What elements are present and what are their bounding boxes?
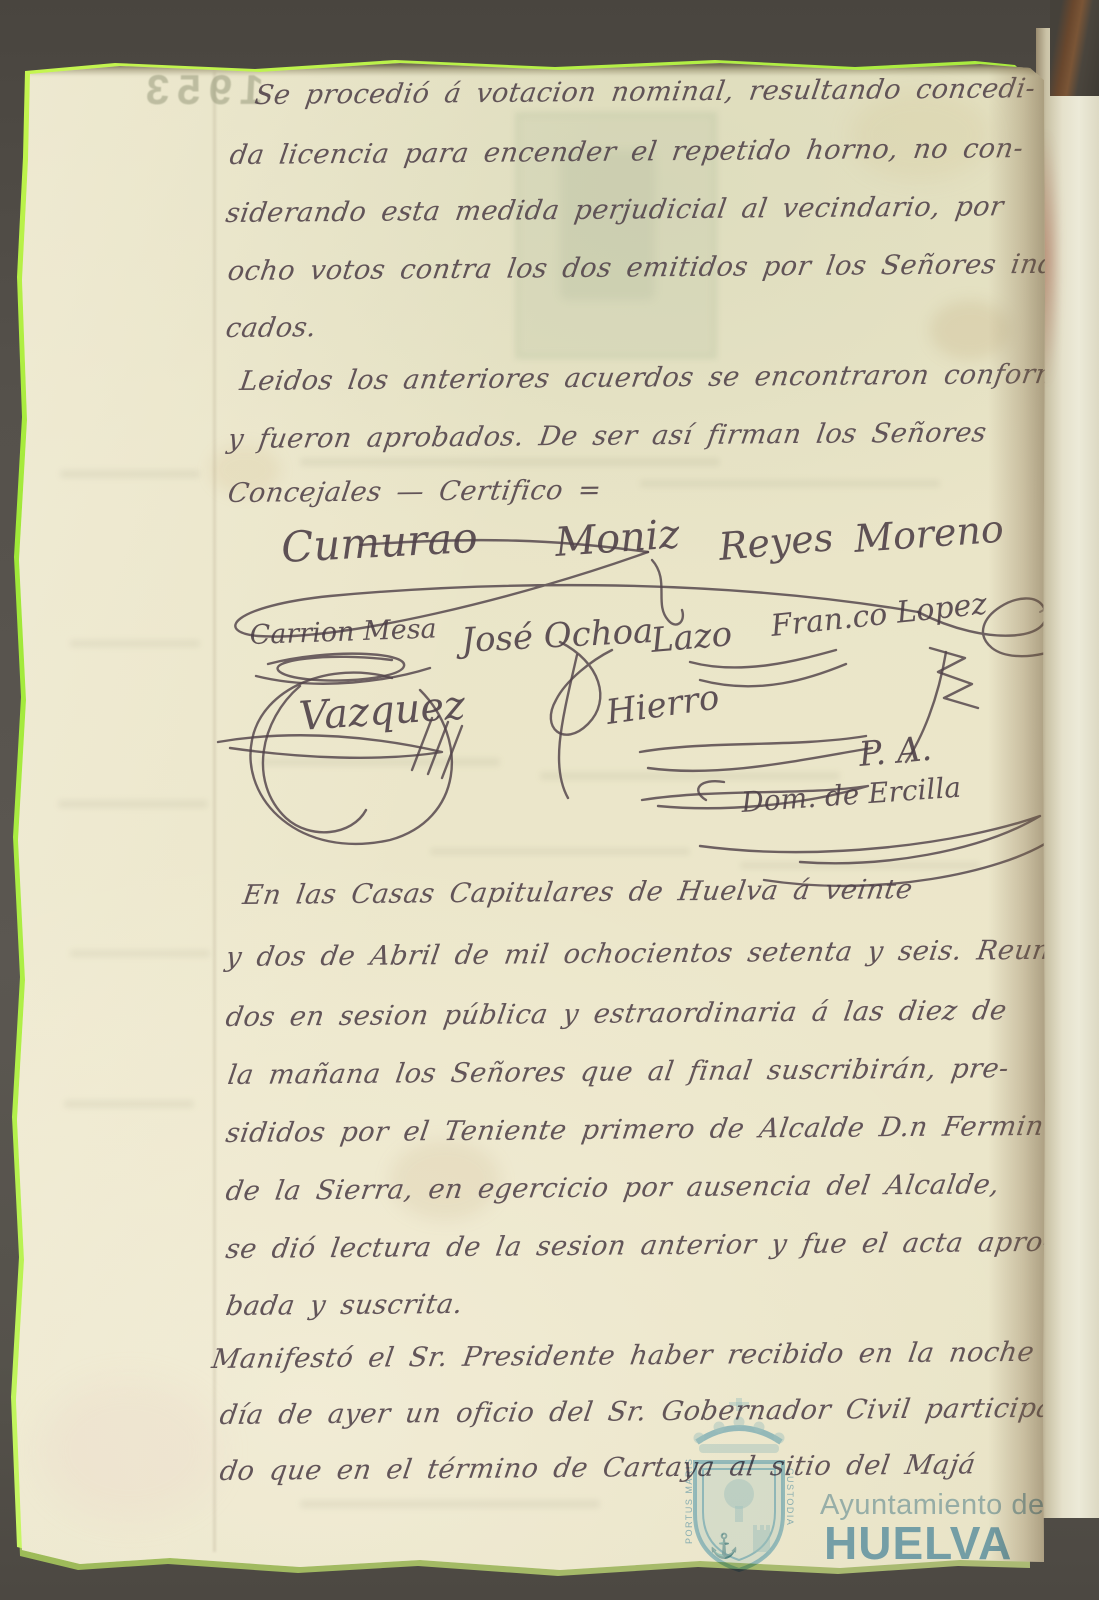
binding-corner-top-right bbox=[1050, 0, 1099, 96]
signature-flourish bbox=[930, 648, 978, 708]
signature-name: Vazquez bbox=[297, 682, 467, 740]
signature-name: Moniz bbox=[552, 511, 681, 566]
signature-flourish bbox=[648, 748, 872, 771]
signature-flourish bbox=[698, 781, 724, 800]
manuscript-page: 1953 Se procedió á votacion nominal, res… bbox=[0, 0, 1099, 1600]
signature-flourish bbox=[652, 560, 683, 625]
signature-name: P. A. bbox=[856, 729, 933, 775]
signature-name: Dom. de Ercilla bbox=[739, 771, 962, 819]
signature-name: Hierro bbox=[603, 677, 722, 733]
signature-name: Lazo bbox=[648, 614, 733, 661]
signature-name: Cumurao bbox=[280, 513, 479, 572]
signature-name: Carrion Mesa bbox=[249, 613, 437, 651]
scanned-manuscript-viewer: { "document_scan": { "archive_stamp_mirr… bbox=[0, 0, 1099, 1600]
signature-flourish bbox=[551, 642, 612, 735]
signature-flourish bbox=[640, 736, 866, 752]
signature-name: Moreno bbox=[852, 507, 1005, 561]
gutter-fold-shadow bbox=[988, 62, 1045, 1566]
signature-name: José Ochoa bbox=[454, 611, 654, 661]
signatures-layer: Cumurao Moniz Reyes Moreno Carrion Mesa … bbox=[0, 0, 1099, 1600]
signature-name: Reyes bbox=[716, 515, 835, 569]
